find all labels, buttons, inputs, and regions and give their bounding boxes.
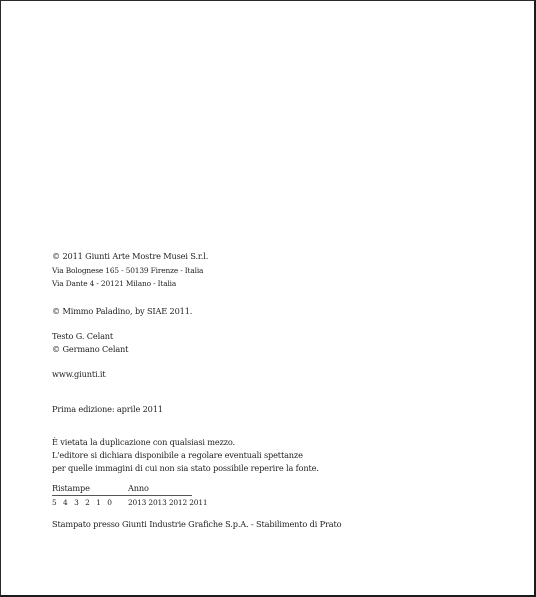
notice-line: per quelle immagini di cui non sia stato…: [52, 463, 319, 473]
printer-info: Stampato presso Giunti Industrie Grafich…: [52, 519, 341, 529]
book-page: © 2011 Giunti Arte Mostre Musei S.r.l. V…: [0, 0, 536, 597]
text-copyright: © Germano Celant: [52, 344, 128, 354]
publisher-copyright: © 2011 Giunti Arte Mostre Musei S.r.l.: [52, 251, 208, 261]
notice-line: L'editore si dichiara disponibile a rego…: [52, 450, 303, 460]
artist-copyright: © Mimmo Paladino, by SIAE 2011.: [52, 306, 192, 316]
address-firenze: Via Bolognese 165 - 50139 Firenze - Ital…: [52, 266, 203, 275]
notice-line: È vietata la duplicazione con qualsiasi …: [52, 437, 235, 447]
website-link[interactable]: www.giunti.it: [52, 369, 106, 379]
anno-label: Anno: [128, 483, 149, 493]
ristampe-label: Ristampe: [52, 483, 90, 493]
reprints-rule: [52, 495, 192, 496]
text-credit: Testo G. Celant: [52, 331, 113, 341]
ristampe-values: 5 4 3 2 1 0: [52, 498, 114, 507]
first-edition: Prima edizione: aprile 2011: [52, 404, 163, 414]
anno-values: 2013 2013 2012 2011: [128, 498, 207, 507]
address-milano: Via Dante 4 - 20121 Milano - Italia: [52, 279, 176, 288]
reprints-header: Ristampe: [52, 483, 90, 493]
